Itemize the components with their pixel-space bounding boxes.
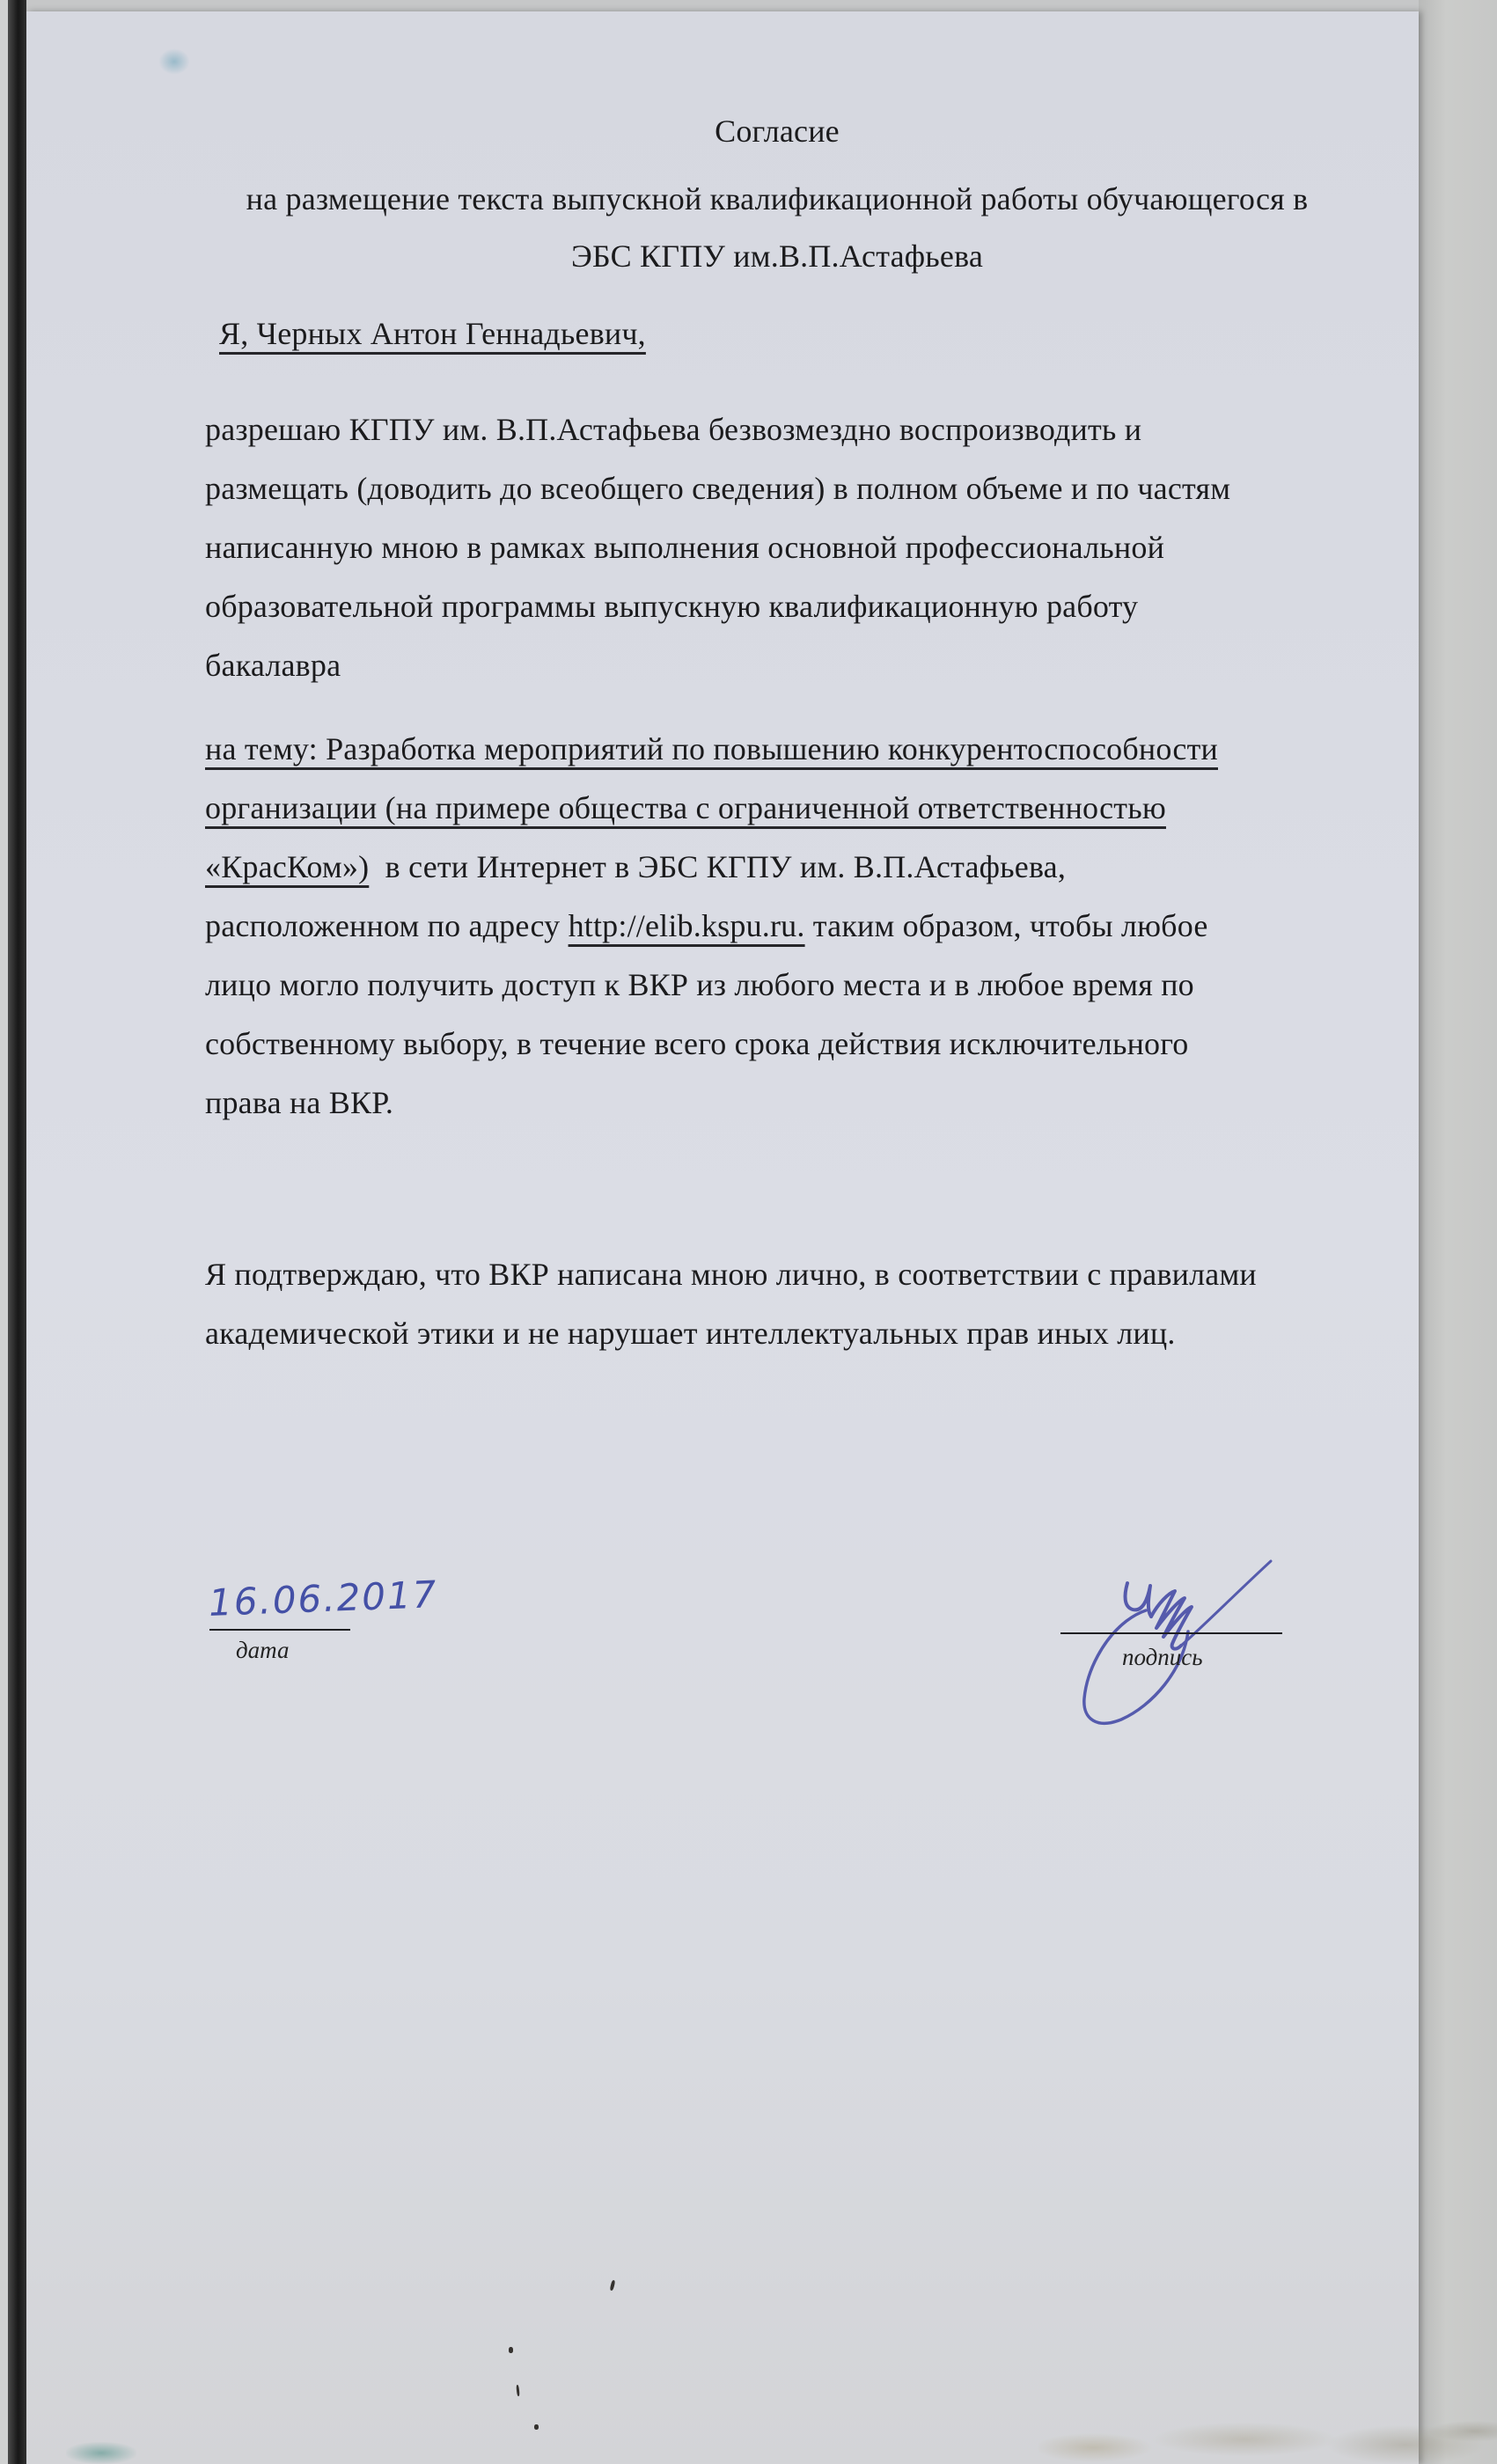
paper-speck — [509, 2347, 513, 2353]
text-segment: бакалавра — [205, 648, 341, 683]
text-line: написанную мною в рамках выполнения осно… — [205, 518, 1230, 577]
text-line: размещать (доводить до всеобщего сведени… — [205, 459, 1230, 518]
underlined-text-segment: на тему: Разработка мероприятий по повыш… — [205, 731, 1218, 766]
confirmation-paragraph: Я подтверждаю, что ВКР написана мною лич… — [205, 1245, 1257, 1363]
signature-line — [1060, 1632, 1282, 1634]
scanner-bed-right — [1419, 0, 1497, 2464]
text-segment: права на ВКР. — [205, 1085, 393, 1120]
text-segment: разрешаю КГПУ им. В.П.Астафьева безвозме… — [205, 412, 1141, 447]
scan-artifact-mottle — [1038, 2409, 1497, 2464]
underlined-text-segment: «КрасКом») — [205, 849, 369, 884]
text-line: лицо могло получить доступ к ВКР из любо… — [205, 956, 1218, 1015]
signature-label: подпись — [1122, 1644, 1203, 1671]
thesis-topic-paragraph: на тему: Разработка мероприятий по повыш… — [205, 720, 1218, 1133]
text-segment: Я подтверждаю, что ВКР написана мною лич… — [205, 1257, 1257, 1292]
text-line: организации (на примере общества с огран… — [205, 779, 1218, 838]
document-title: Согласие — [205, 113, 1349, 150]
text-line: разрешаю КГПУ им. В.П.Астафьева безвозме… — [205, 400, 1230, 459]
text-segment: лицо могло получить доступ к ВКР из любо… — [205, 967, 1194, 1002]
permission-paragraph: разрешаю КГПУ им. В.П.Астафьева безвозме… — [205, 400, 1230, 695]
scanner-edge-left-dark — [8, 0, 26, 2464]
text-line: расположенном по адресу http://elib.kspu… — [205, 897, 1218, 956]
declarant-name-text: Я, Черных Антон Геннадьевич, — [219, 316, 646, 351]
text-line: права на ВКР. — [205, 1074, 1218, 1133]
date-label: дата — [236, 1637, 290, 1664]
text-segment: образовательной программы выпускную квал… — [205, 589, 1138, 624]
declarant-name-line: Я, Черных Антон Геннадьевич, — [219, 315, 646, 352]
ink-smudge — [158, 48, 190, 75]
text-segment: написанную мною в рамках выполнения осно… — [205, 530, 1164, 565]
text-segment: в сети Интернет в ЭБС КГПУ им. В.П.Астаф… — [369, 849, 1066, 884]
date-underline — [209, 1629, 350, 1631]
text-line: образовательной программы выпускную квал… — [205, 577, 1230, 636]
text-segment: академической этики и не нарушает интелл… — [205, 1316, 1176, 1351]
paper-speck — [516, 2385, 519, 2396]
handwritten-date: 16.06.2017 — [208, 1573, 438, 1624]
underlined-text-segment: организации (на примере общества с огран… — [205, 790, 1166, 825]
text-line: на тему: Разработка мероприятий по повыш… — [205, 720, 1218, 779]
paper-speck — [610, 2280, 616, 2292]
subtitle-line-1: на размещение текста выпускной квалифика… — [205, 180, 1349, 217]
scanner-bed-top — [26, 0, 1419, 11]
subtitle-line-2: ЭБС КГПУ им.В.П.Астафьева — [205, 238, 1349, 275]
scanned-page: Согласие на размещение текста выпускной … — [0, 0, 1497, 2464]
text-segment: собственному выбору, в течение всего сро… — [205, 1026, 1189, 1061]
text-segment: таким образом, чтобы любое — [805, 908, 1208, 943]
paper-speck — [534, 2424, 539, 2430]
text-line: бакалавра — [205, 636, 1230, 695]
text-line: собственному выбору, в течение всего сро… — [205, 1015, 1218, 1074]
text-segment: размещать (доводить до всеобщего сведени… — [205, 471, 1230, 506]
text-line: «КрасКом») в сети Интернет в ЭБС КГПУ им… — [205, 838, 1218, 897]
scan-artifact-teal — [66, 2442, 136, 2464]
paper-sheet: Согласие на размещение текста выпускной … — [26, 11, 1419, 2464]
text-line: Я подтверждаю, что ВКР написана мною лич… — [205, 1245, 1257, 1304]
text-line: академической этики и не нарушает интелл… — [205, 1304, 1257, 1363]
scanner-edge-left-light — [0, 0, 8, 2464]
text-segment: расположенном по адресу — [205, 908, 569, 943]
underlined-text-segment: http://elib.kspu.ru. — [569, 908, 805, 943]
